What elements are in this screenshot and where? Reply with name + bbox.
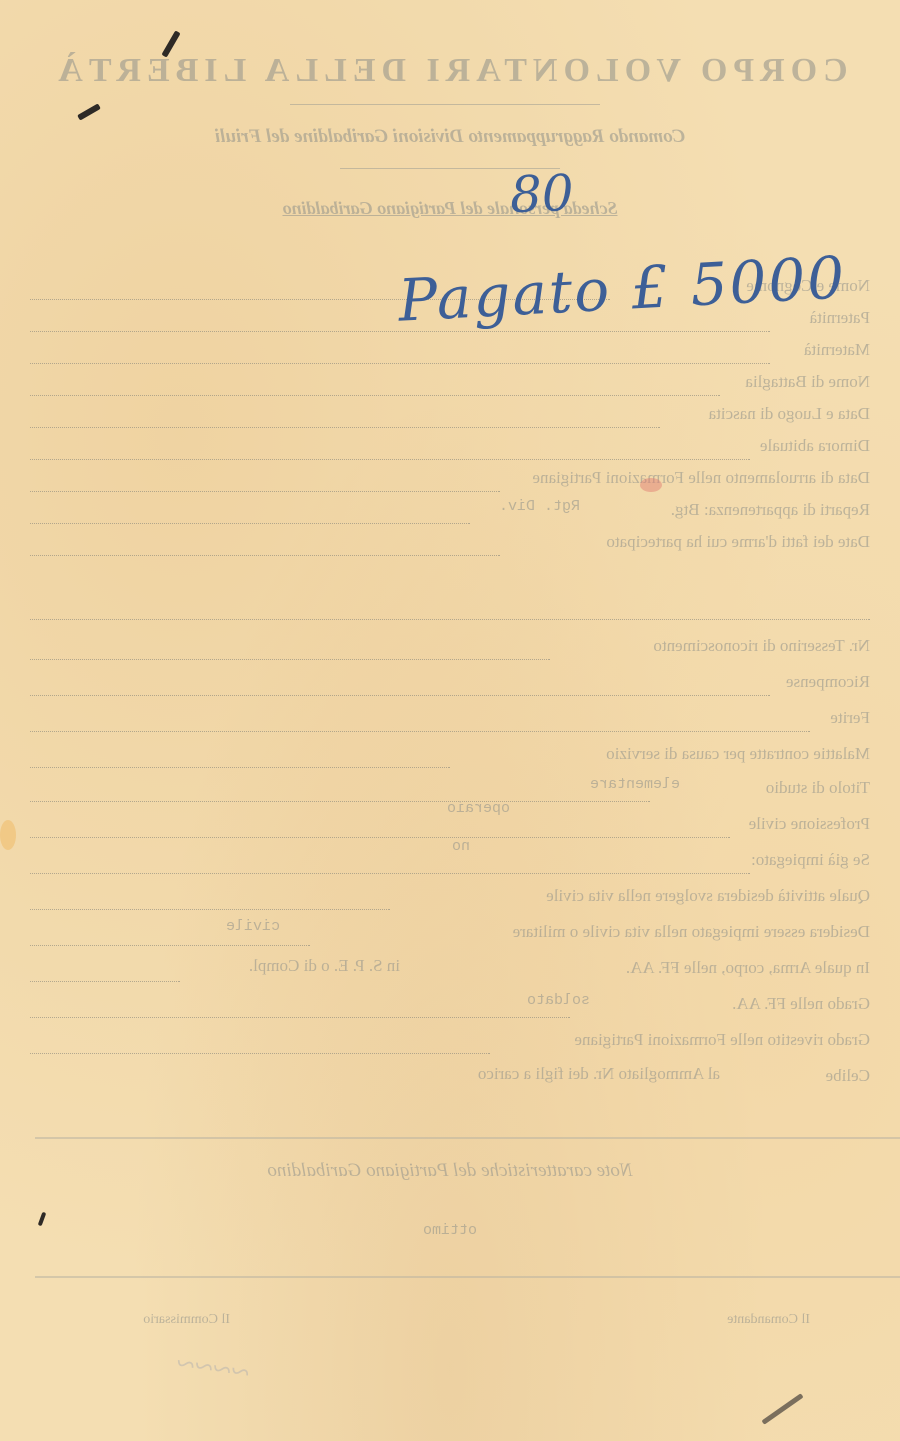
form-field: Nr. Tesserino di riconoscimento — [30, 636, 870, 662]
handwritten-number: 80 — [509, 164, 575, 224]
form-field: Quale attività desidera svolgere nella v… — [30, 886, 870, 912]
commissioner-label: Il Commissario — [143, 1312, 230, 1328]
notes-value: ottimo — [290, 1222, 610, 1239]
red-stain — [640, 478, 662, 492]
divider — [290, 104, 600, 105]
organization-title: CORPO VOLONTARI DELLA LIBERTÀ — [40, 52, 860, 90]
paper-stain — [0, 820, 16, 850]
signature-scrawl: ~~~~ — [174, 1345, 252, 1393]
form-field: Grado rivestito nelle Formazioni Partigi… — [30, 1030, 870, 1056]
form-field: Professione civile operaio — [30, 814, 870, 840]
form-field: Ricompense — [30, 672, 870, 698]
form-field: Reparti di appartenenza: Btg. Rgt. Div. — [30, 500, 870, 526]
form-field: Se già impiegato: no — [30, 850, 870, 876]
commander-label: Il Comandante — [727, 1312, 810, 1328]
sheet-title: Scheda personale del Partigiano Garibald… — [190, 198, 710, 219]
form-field: Data di arruolamento nelle Formazioni Pa… — [30, 468, 870, 494]
form-field: Date dei fatti d'arme cui ha partecipato — [30, 532, 870, 558]
form-field: Ferite — [30, 708, 870, 734]
form-field: Malattie contratte per causa di servizio — [30, 744, 870, 770]
form-field: Celibe al Ammogliato Nr. dei figli a car… — [30, 1066, 870, 1092]
form-field: Data e Luogo di nascita — [30, 404, 870, 430]
divider — [35, 1276, 900, 1278]
form-field: Maternità — [30, 340, 870, 366]
form-field: Nome di Battaglia — [30, 372, 870, 398]
form-field — [30, 596, 870, 622]
divider — [35, 1137, 900, 1139]
command-subtitle: Comando Raggruppamento Divisioni Garibal… — [90, 126, 810, 148]
form-field: In quale Arma, corpo, nelle FF. AA. in S… — [30, 958, 870, 984]
show-through-layer: CORPO VOLONTARI DELLA LIBERTÀ Comando Ra… — [0, 0, 900, 1441]
form-field: Desidera essere impiegato nella vita civ… — [30, 922, 870, 948]
form-field: Grado nelle FF. AA. soldato — [30, 994, 870, 1020]
notes-heading: Note caratteristiche del Partigiano Gari… — [190, 1160, 710, 1182]
form-field: Dimora abituale — [30, 436, 870, 462]
document-page: CORPO VOLONTARI DELLA LIBERTÀ Comando Ra… — [0, 0, 900, 1441]
